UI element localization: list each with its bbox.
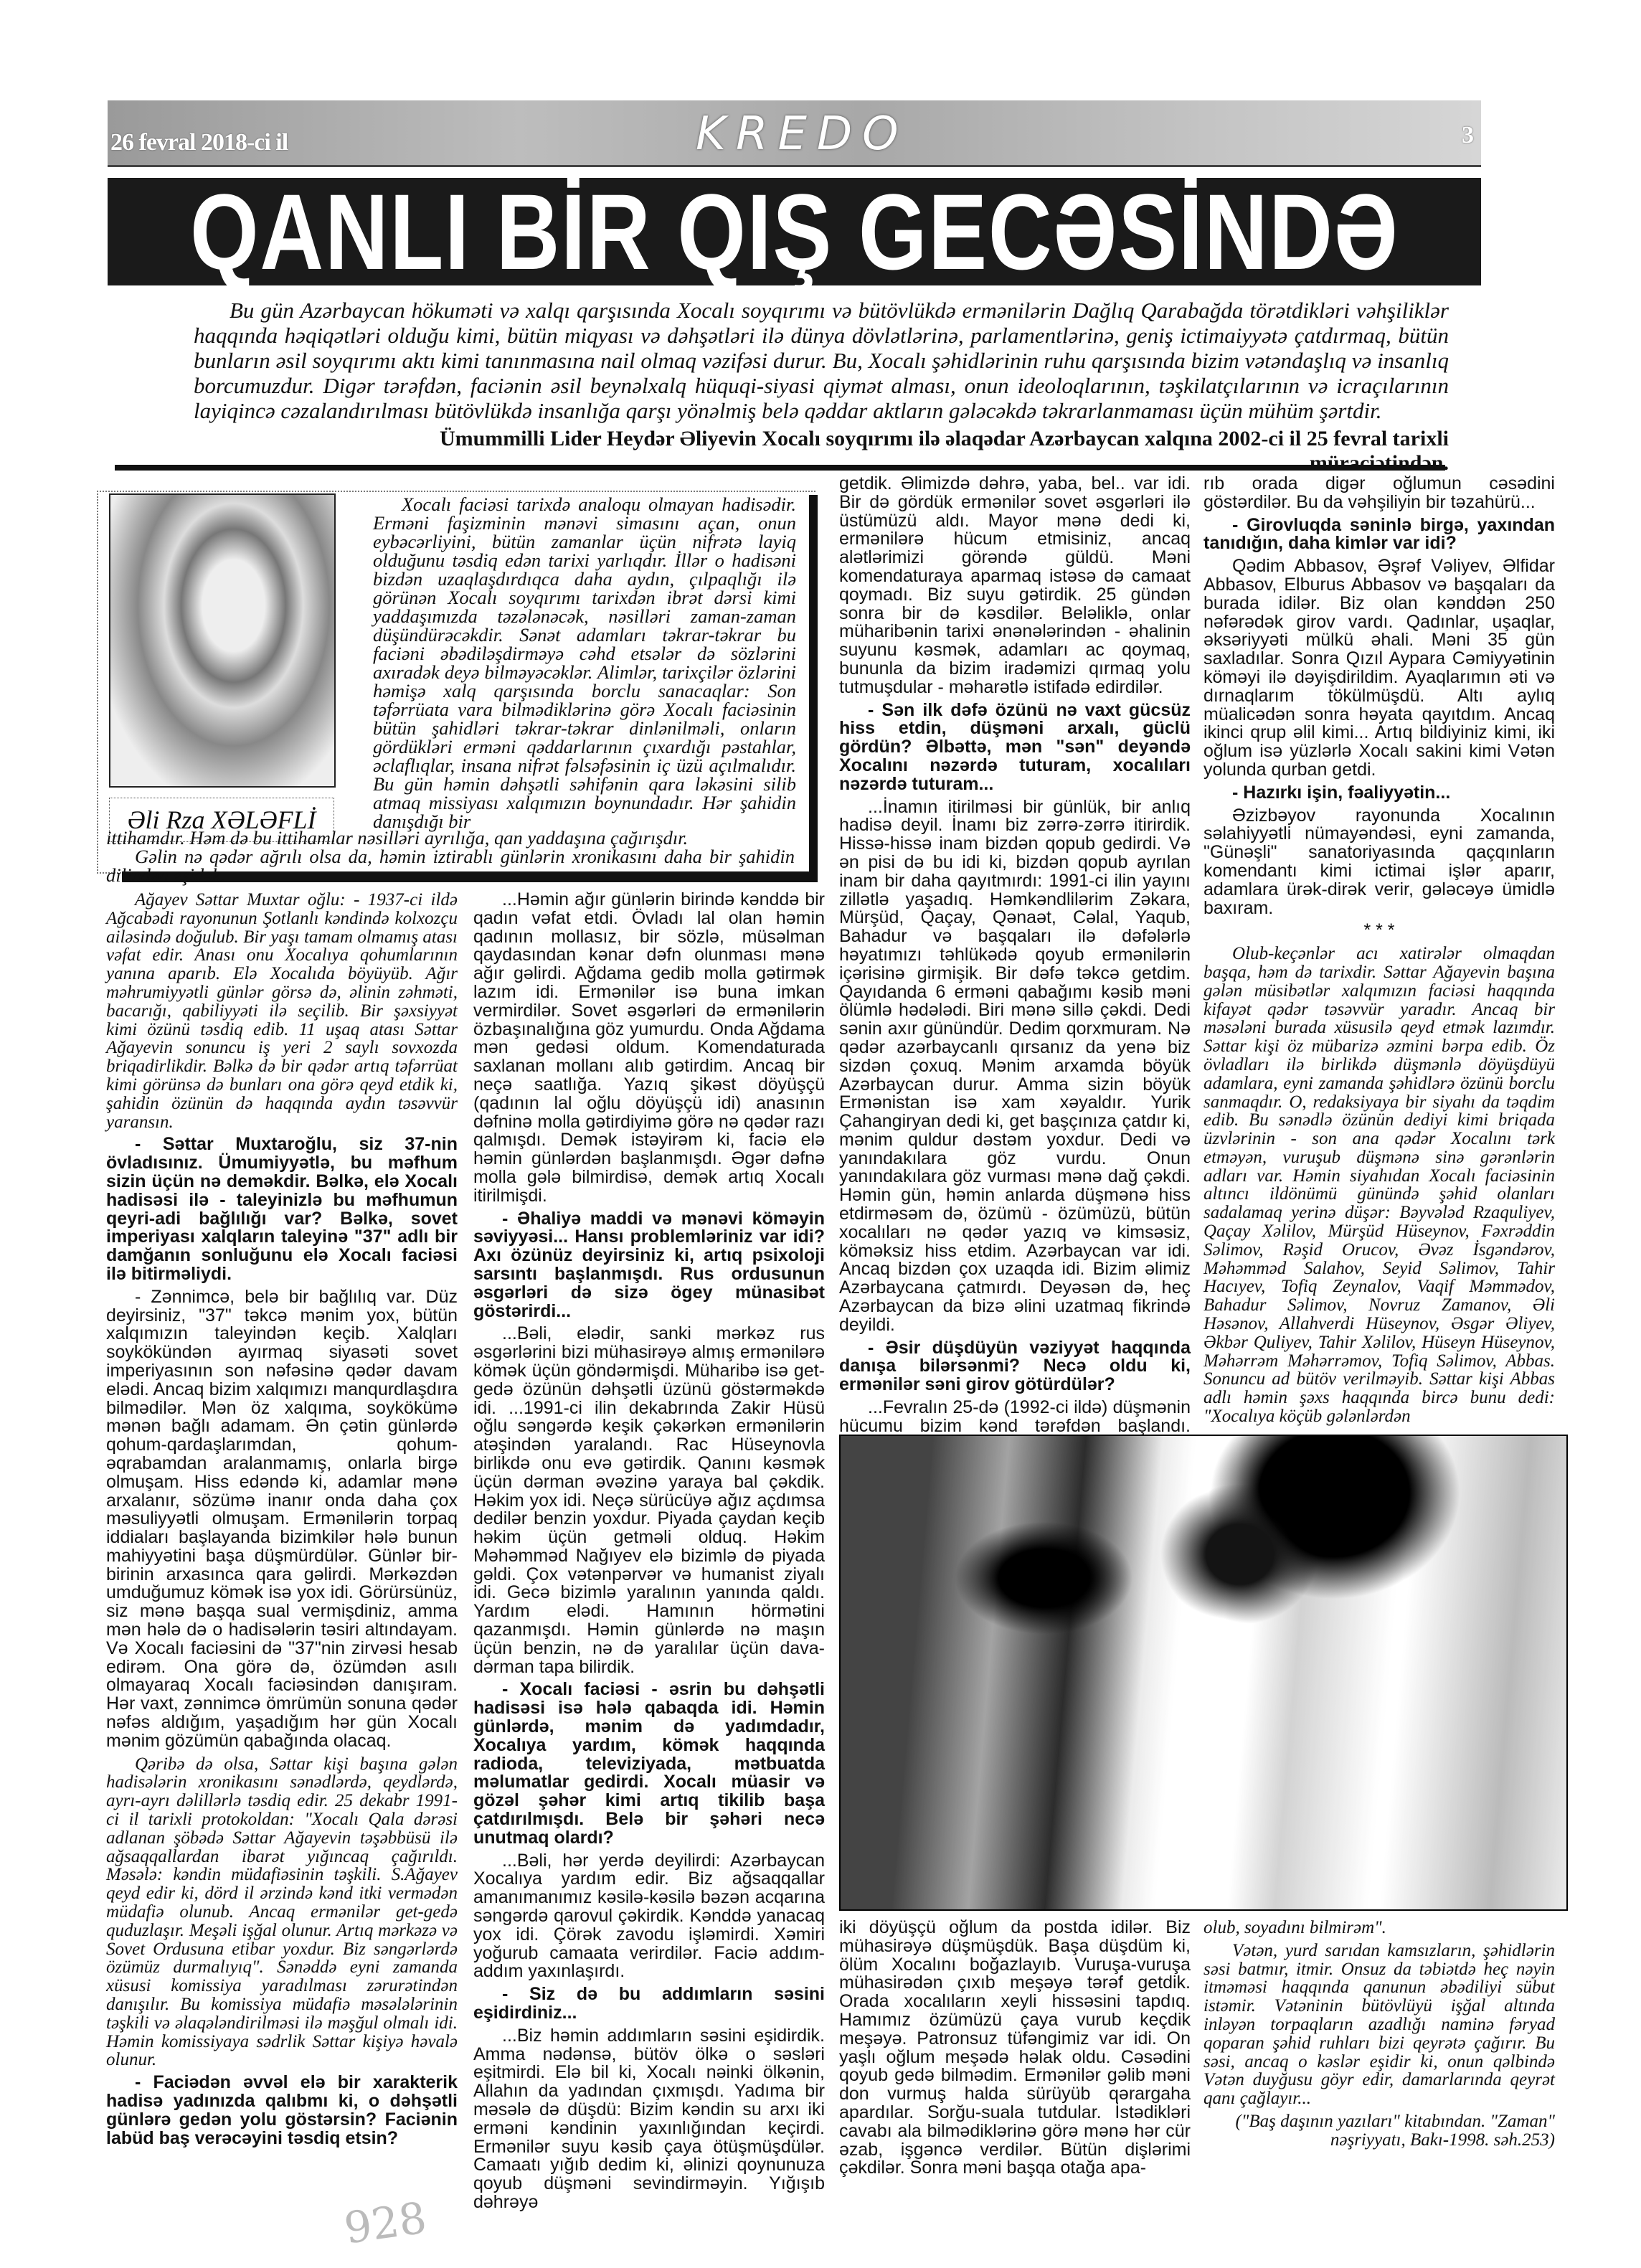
- intro-paragraph-tail: ittihamdır. Həm də bu ittihamlar nəsillə…: [106, 828, 795, 847]
- intro-box-shadow: [809, 495, 818, 882]
- article-paragraph: ...Bəli, hər yerdə deyilirdi: Azərbaycan…: [473, 1852, 825, 1982]
- intro-text-tail: ittihamdır. Həm də bu ittihamlar nəsillə…: [106, 828, 795, 884]
- article-paragraph: Qəribə də olsa, Səttar kişi başına gələn…: [106, 1755, 458, 2070]
- divider-rule: [115, 465, 1445, 471]
- article-paragraph: olub, soyadını bilmirəm".: [1203, 1919, 1555, 1937]
- intro-text: Xocalı faciəsi tarixdə analoqu olmayan h…: [373, 495, 796, 831]
- article-paragraph: Əzizbəyov rayonunda Xocalının səlahiyyət…: [1203, 807, 1555, 918]
- article-paragraph: getdik. Əlimizdə dəhrə, yaba, bel.. var …: [839, 475, 1191, 697]
- interview-question: - Sən ilk dəfə özünü nə vaxt gücsüz hiss…: [839, 701, 1191, 794]
- page-number: 3: [1462, 122, 1474, 149]
- masthead-band: 26 fevral 2018-ci il KREDO 3: [108, 100, 1481, 167]
- interview-question: - Girovluqda səninlə birgə, yaxından tan…: [1203, 516, 1555, 554]
- article-column-2: ...Həmin ağır günlərin birində kənddə bi…: [473, 891, 825, 2216]
- author-portrait: [109, 493, 336, 788]
- article-paragraph: Vətən, yurd sarıdan kamsızların, şəhidlə…: [1203, 1942, 1555, 2108]
- article-paragraph: - Zənnimcə, belə bir bağlılıq var. Düz d…: [106, 1288, 458, 1751]
- article-paragraph: Olub-keçənlər acı xatirələr olmaqdan baş…: [1203, 945, 1555, 1426]
- lead-quote: Bu gün Azərbaycan hökuməti və xalqı qarş…: [194, 298, 1449, 423]
- handwritten-mark: 928: [341, 2193, 430, 2254]
- article-column-3-continued: iki döyüşçü oğlum da postda idilər. Biz …: [839, 1919, 1191, 2182]
- article-column-1: Ağayev Səttar Muxtar oğlu: - 1937-ci ild…: [106, 891, 458, 2152]
- article-column-3: getdik. Əlimizdə dəhrə, yaba, bel.. var …: [839, 475, 1191, 1533]
- newspaper-logo: KREDO: [696, 108, 909, 161]
- interview-question: - Səttar Muxtaroğlu, siz 37-nin övladısı…: [106, 1135, 458, 1283]
- interview-question: - Faciədən əvvəl elə bir xarakterik hadi…: [106, 2074, 458, 2147]
- article-paragraph: ...Həmin ağır günlərin birində kənddə bi…: [473, 891, 825, 1206]
- headline-title: QANLI BİR QIŞ GECƏSİNDƏ: [190, 178, 1399, 285]
- interview-question: - Əsir düşdüyün vəziyyət haqqında danışa…: [839, 1339, 1191, 1394]
- interview-question: - Xocalı faciəsi - əsrin bu dəhşətli had…: [473, 1681, 825, 1847]
- headline-banner: QANLI BİR QIŞ GECƏSİNDƏ: [108, 178, 1481, 285]
- article-paragraph: iki döyüşçü oğlum da postda idilər. Biz …: [839, 1919, 1191, 2178]
- article-paragraph: ...Bəli, elədir, sanki mərkəz rus əsgərl…: [473, 1325, 825, 1676]
- article-paragraph: Qədim Abbasov, Əşrəf Vəliyev, Əlfidar Ab…: [1203, 557, 1555, 780]
- interview-question: - Hazırkı işin, fəaliyyətin...: [1203, 784, 1555, 803]
- article-column-4-continued: olub, soyadını bilmirəm".Vətən, yurd sar…: [1203, 1919, 1555, 2154]
- interview-question: - Siz də bu addımların səsini eşidirdini…: [473, 1985, 825, 2023]
- news-photo: [839, 1435, 1568, 1911]
- intro-paragraph: Gəlin nə qədər ağrılı olsa da, həmin izt…: [106, 847, 795, 884]
- article-paragraph: * * *: [1203, 922, 1555, 940]
- issue-date: 26 fevral 2018-ci il: [110, 129, 288, 156]
- interview-question: - Əhaliyə maddi və mənəvi köməyin səviyy…: [473, 1210, 825, 1321]
- article-paragraph: ...İnamın itirilməsi bir günlük, bir anl…: [839, 798, 1191, 1335]
- intro-paragraph: Xocalı faciəsi tarixdə analoqu olmayan h…: [373, 495, 796, 831]
- article-paragraph: ...Biz həmin addımların səsini eşidirdik…: [473, 2027, 825, 2212]
- article-paragraph: Ağayev Səttar Muxtar oğlu: - 1937-ci ild…: [106, 891, 458, 1131]
- article-paragraph: rıb orada digər oğlumun cəsədini göstərd…: [1203, 475, 1555, 512]
- article-column-4: rıb orada digər oğlumun cəsədini göstərd…: [1203, 475, 1555, 1430]
- source-citation: ("Baş daşının yazıları" kitabından. "Zam…: [1203, 2112, 1555, 2150]
